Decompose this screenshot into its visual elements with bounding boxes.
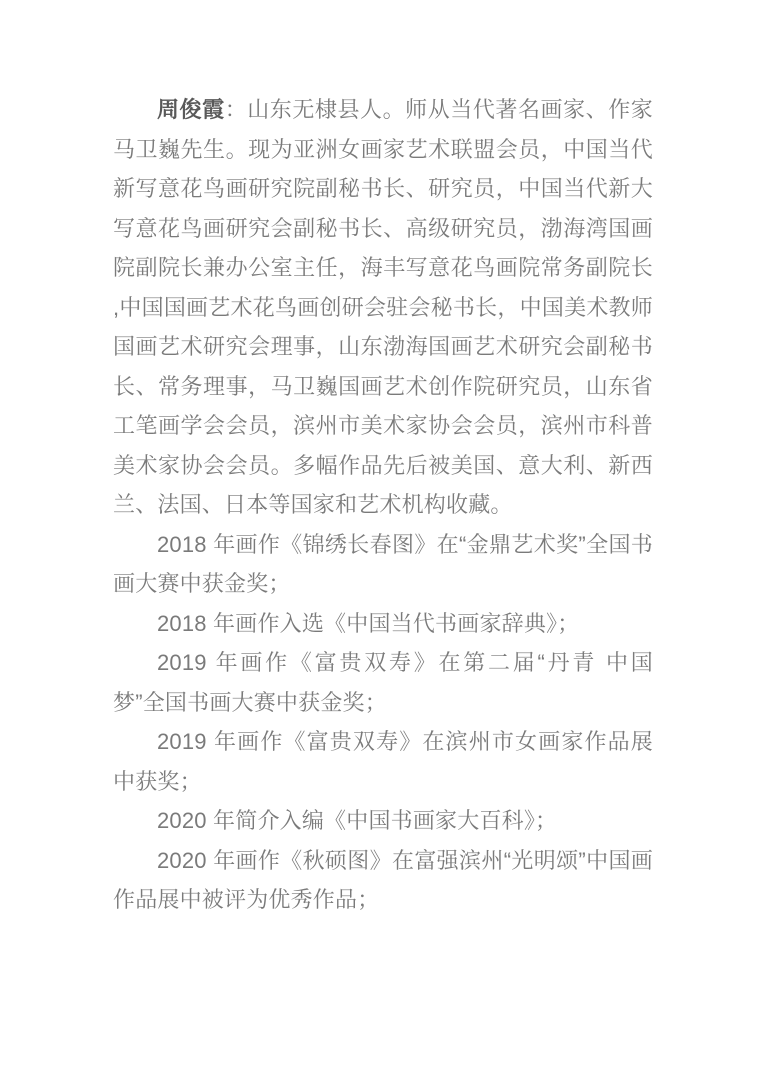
document-page: 周俊霞：山东无棣县人。师从当代著名画家、作家马卫巍先生。现为亚洲女画家艺术联盟会… bbox=[0, 0, 763, 1080]
artist-name: 周俊霞 bbox=[157, 97, 225, 122]
achievement-paragraph-2018-dictionary: 2018 年画作入选《中国当代书画家辞典》； bbox=[113, 604, 653, 644]
achievement-paragraph-2019-binzhou: 2019 年画作《富贵双寿》在滨州市女画家作品展中获奖； bbox=[113, 722, 653, 801]
screenshot-canvas: 周俊霞：山东无棣县人。师从当代著名画家、作家马卫巍先生。现为亚洲女画家艺术联盟会… bbox=[0, 0, 763, 1080]
achievement-paragraph-2020-qiushuo: 2020 年画作《秋硕图》在富强滨州“光明颂”中国画作品展中被评为优秀作品； bbox=[113, 841, 653, 920]
achievement-paragraph-2020-encyclopedia: 2020 年简介入编《中国书画家大百科》； bbox=[113, 801, 653, 841]
achievement-paragraph-2019-danqing: 2019 年画作《富贵双寿》在第二届“丹青 中国梦”全国书画大赛中获金奖； bbox=[113, 643, 653, 722]
intro-text: ：山东无棣县人。师从当代著名画家、作家马卫巍先生。现为亚洲女画家艺术联盟会员，中… bbox=[113, 97, 653, 517]
intro-paragraph: 周俊霞：山东无棣县人。师从当代著名画家、作家马卫巍先生。现为亚洲女画家艺术联盟会… bbox=[113, 90, 653, 525]
document-text-block: 周俊霞：山东无棣县人。师从当代著名画家、作家马卫巍先生。现为亚洲女画家艺术联盟会… bbox=[113, 90, 653, 920]
achievement-paragraph-2018-goldaward: 2018 年画作《锦绣长春图》在“金鼎艺术奖”全国书画大赛中获金奖； bbox=[113, 525, 653, 604]
